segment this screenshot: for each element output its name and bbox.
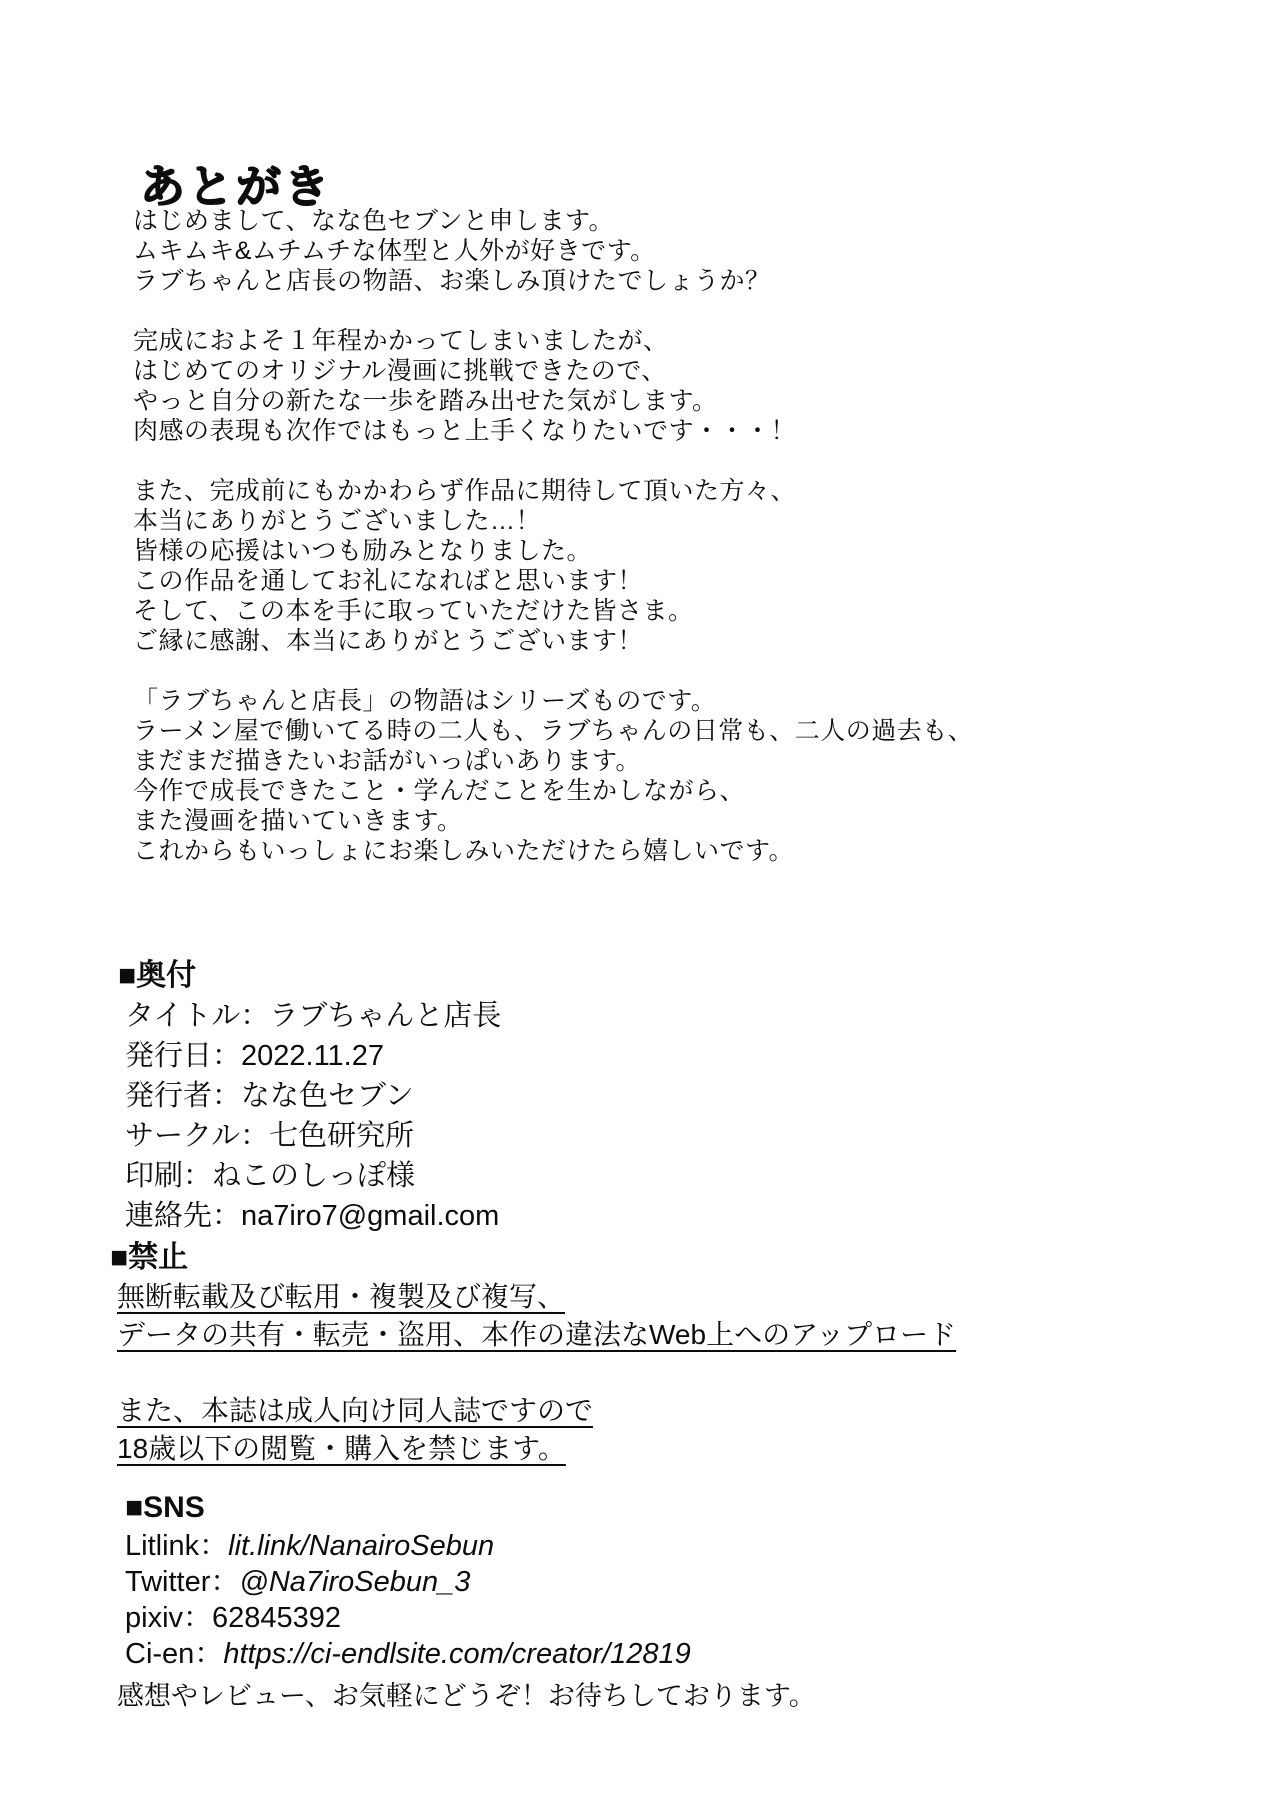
- sns-entry-litlink: Litlink：lit.link/NanairoSebun: [125, 1528, 816, 1564]
- sns-footer-note: 感想やレビュー、お気軽にどうぞ！お待ちしております。: [117, 1678, 816, 1714]
- colophon-publish-date: 発行日：2022.11.27: [125, 1036, 501, 1076]
- afterword-line: まだまだ描きたいお話がいっぱいあります。: [133, 746, 973, 776]
- sns-twitter-handle: @Na7iroSebun_3: [239, 1566, 470, 1598]
- colophon-title: タイトル：ラブちゃんと店長: [125, 996, 501, 1036]
- afterword-line: そして、この本を手に取っていただけた皆さま。: [133, 596, 973, 626]
- sns-header: ■SNS: [125, 1488, 816, 1528]
- afterword-line: この作品を通してお礼になればと思います！: [133, 566, 973, 596]
- afterword-line: 「ラブちゃんと店長」の物語はシリーズものです。: [133, 686, 973, 716]
- afterword-line: 完成におよそ１年程かかってしまいましたが、: [133, 326, 973, 356]
- colophon-circle: サークル：七色研究所: [125, 1116, 501, 1156]
- afterword-paragraph: 完成におよそ１年程かかってしまいましたが、 はじめてのオリジナル漫画に挑戦できた…: [133, 326, 973, 446]
- afterword-line: また漫画を描いていきます。: [133, 806, 973, 836]
- afterword-line: はじめまして、なな色セブンと申します。: [133, 206, 973, 236]
- afterword-line: ご縁に感謝、本当にありがとうございます！: [133, 626, 973, 656]
- sns-entry-cien: Ci-en：https://ci-endlsite.com/creator/12…: [125, 1636, 816, 1672]
- prohibition-header: ■禁止: [110, 1238, 956, 1278]
- colophon-printer: 印刷：ねこのしっぽ様: [125, 1156, 501, 1196]
- afterword-line: ラーメン屋で働いてる時の二人も、ラブちゃんの日常も、二人の過去も、: [133, 716, 973, 746]
- afterword-line: ムキムキ&ムチムチな体型と人外が好きです。: [133, 236, 973, 266]
- afterword-line: 今作で成長できたこと・学んだことを生かしながら、: [133, 776, 973, 806]
- afterword-paragraph: また、完成前にもかかわらず作品に期待して頂いた方々、 本当にありがとうございまし…: [133, 476, 973, 656]
- sns-label: Twitter：: [125, 1566, 239, 1598]
- colophon-publisher: 発行者：なな色セブン: [125, 1076, 501, 1116]
- sns-label: pixiv：: [125, 1602, 212, 1634]
- afterword-body: はじめまして、なな色セブンと申します。 ムキムキ&ムチムチな体型と人外が好きです…: [133, 206, 973, 896]
- colophon-section: ■奥付 タイトル：ラブちゃんと店長 発行日：2022.11.27 発行者：なな色…: [118, 956, 501, 1236]
- prohibition-line: 18歳以下の閲覧・購入を禁じます。: [117, 1433, 566, 1464]
- sns-pixiv-id: 62845392: [212, 1602, 341, 1634]
- prohibition-section: ■禁止 無断転載及び転用・複製及び複写、 データの共有・転売・盗用、本作の違法な…: [110, 1238, 956, 1468]
- sns-entry-pixiv: pixiv：62845392: [125, 1600, 816, 1636]
- prohibition-block: また、本誌は成人向け同人誌ですので 18歳以下の閲覧・購入を禁じます。: [117, 1392, 956, 1468]
- prohibition-block: 無断転載及び転用・複製及び複写、 データの共有・転売・盗用、本作の違法なWeb上…: [117, 1278, 956, 1354]
- sns-entry-twitter: Twitter：@Na7iroSebun_3: [125, 1564, 816, 1600]
- sns-litlink-url: lit.link/NanairoSebun: [228, 1530, 494, 1562]
- colophon-header: ■奥付: [118, 956, 501, 996]
- prohibition-line: また、本誌は成人向け同人誌ですので: [117, 1395, 593, 1426]
- afterword-line: 本当にありがとうございました…！: [133, 506, 973, 536]
- afterword-paragraph: 「ラブちゃんと店長」の物語はシリーズものです。 ラーメン屋で働いてる時の二人も、…: [133, 686, 973, 866]
- afterword-line: やっと自分の新たな一歩を踏み出せた気がします。: [133, 386, 973, 416]
- sns-cien-url: https://ci-endlsite.com/creator/12819: [223, 1638, 690, 1670]
- afterword-line: これからもいっしょにお楽しみいただけたら嬉しいです。: [133, 836, 973, 866]
- prohibition-line: データの共有・転売・盗用、本作の違法なWeb上へのアップロード: [117, 1319, 956, 1350]
- afterword-line: また、完成前にもかかわらず作品に期待して頂いた方々、: [133, 476, 973, 506]
- prohibition-line: 無断転載及び転用・複製及び複写、: [117, 1281, 565, 1312]
- sns-section: ■SNS Litlink：lit.link/NanairoSebun Twitt…: [125, 1488, 816, 1714]
- afterword-line: はじめてのオリジナル漫画に挑戦できたので、: [133, 356, 973, 386]
- afterword-line: 肉感の表現も次作ではもっと上手くなりたいです・・・！: [133, 416, 973, 446]
- afterword-line: 皆様の応援はいつも励みとなりました。: [133, 536, 973, 566]
- afterword-line: ラブちゃんと店長の物語、お楽しみ頂けたでしょうか？: [133, 266, 973, 296]
- colophon-contact-email: 連絡先：na7iro7@gmail.com: [125, 1196, 501, 1236]
- sns-label: Litlink：: [125, 1530, 228, 1562]
- afterword-paragraph: はじめまして、なな色セブンと申します。 ムキムキ&ムチムチな体型と人外が好きです…: [133, 206, 973, 296]
- sns-label: Ci-en：: [125, 1638, 223, 1670]
